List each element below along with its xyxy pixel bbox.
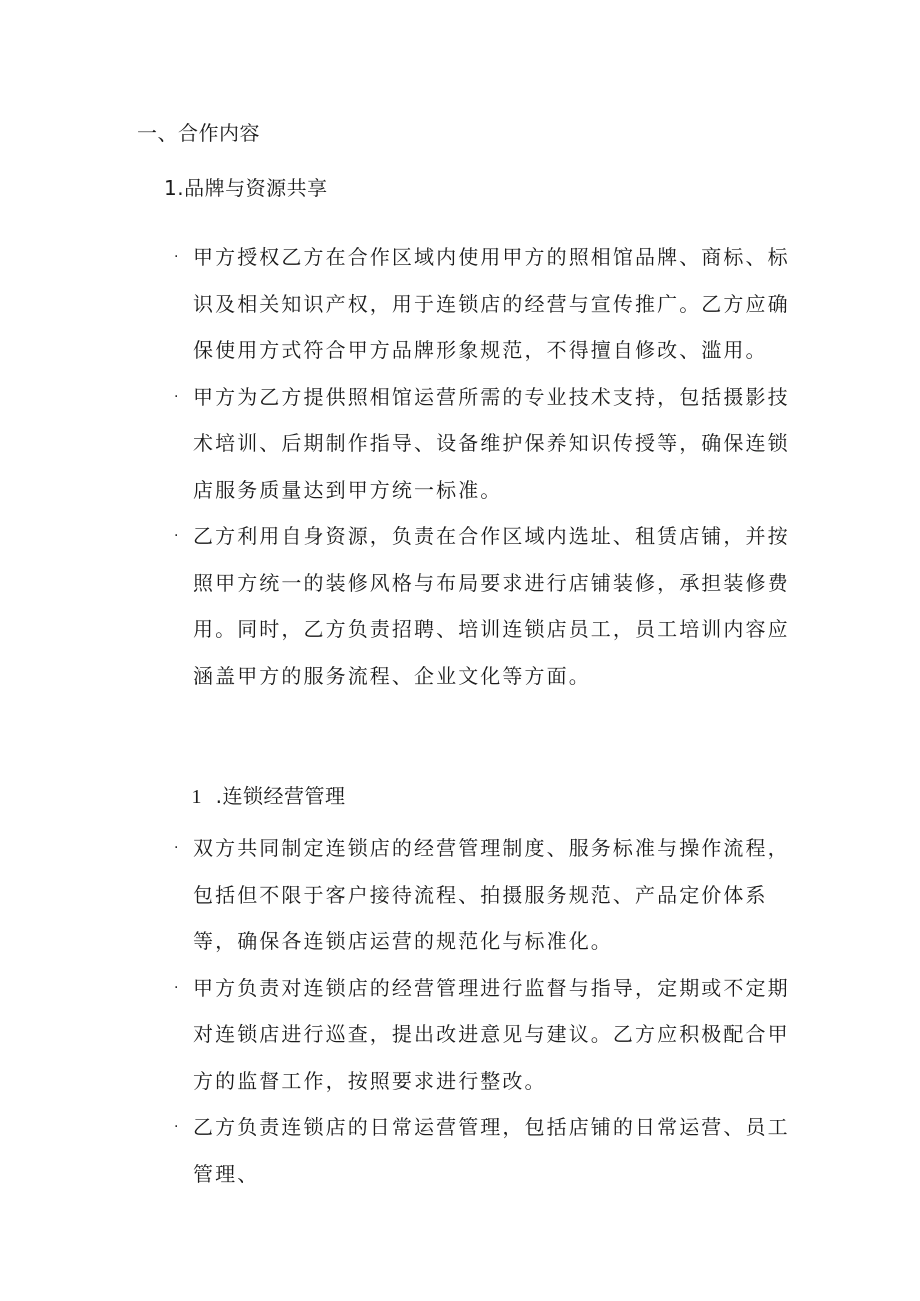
list-item-text: 乙方利用自身资源，负责在合作区域内选址、租赁店铺，并按照甲方统一的装修风格与布局… bbox=[193, 524, 790, 688]
list-item: · 乙方负责连锁店的日常运营管理，包括店铺的日常运营、员工管理、 bbox=[170, 1104, 793, 1197]
section-heading: 一、合作内容 bbox=[137, 120, 260, 146]
bullet-dot-icon: · bbox=[174, 825, 181, 872]
bullet-list-brand-resources: · 甲方授权乙方在合作区域内使用甲方的照相馆品牌、商标、标识及相关知识产权，用于… bbox=[170, 234, 810, 699]
list-item: · 甲方授权乙方在合作区域内使用甲方的照相馆品牌、商标、标识及相关知识产权，用于… bbox=[170, 234, 793, 374]
bullet-list-chain-management: · 双方共同制定连锁店的经营管理制度、服务标准与操作流程，包括但不限于客户接待流… bbox=[170, 825, 810, 1197]
list-item-text: 甲方负责对连锁店的经营管理进行监督与指导，定期或不定期对连锁店进行巡查，提出改进… bbox=[193, 976, 790, 1093]
subsection-number: 1 bbox=[164, 176, 177, 200]
bullet-dot-icon: · bbox=[174, 1104, 181, 1151]
bullet-dot-icon: · bbox=[174, 513, 181, 560]
list-item-text: 甲方为乙方提供照相馆运营所需的专业技术支持，包括摄影技术培训、后期制作指导、设备… bbox=[193, 385, 790, 502]
list-item-text: 甲方授权乙方在合作区域内使用甲方的照相馆品牌、商标、标识及相关知识产权，用于连锁… bbox=[193, 245, 790, 362]
subsection-title-text: 品牌与资源共享 bbox=[184, 176, 328, 200]
bullet-dot-icon: · bbox=[174, 965, 181, 1012]
list-item: · 乙方利用自身资源，负责在合作区域内选址、租赁店铺，并按照甲方统一的装修风格与… bbox=[170, 513, 793, 699]
list-item: · 双方共同制定连锁店的经营管理制度、服务标准与操作流程，包括但不限于客户接待流… bbox=[170, 825, 793, 965]
subsection-number: 1 bbox=[191, 786, 202, 808]
list-item: · 甲方为乙方提供照相馆运营所需的专业技术支持，包括摄影技术培训、后期制作指导、… bbox=[170, 374, 793, 514]
subsection-title-brand-resources: 1.品牌与资源共享 bbox=[164, 175, 328, 201]
bullet-dot-icon: · bbox=[174, 374, 181, 421]
document-page: 一、合作内容 1.品牌与资源共享 · 甲方授权乙方在合作区域内使用甲方的照相馆品… bbox=[0, 0, 920, 1301]
list-item-text: 双方共同制定连锁店的经营管理制度、服务标准与操作流程，包括但不限于客户接待流程、… bbox=[193, 836, 790, 953]
bullet-dot-icon: · bbox=[174, 234, 181, 281]
subsection-separator: . bbox=[202, 784, 223, 808]
list-item: · 甲方负责对连锁店的经营管理进行监督与指导，定期或不定期对连锁店进行巡查，提出… bbox=[170, 965, 793, 1105]
list-item-text: 乙方负责连锁店的日常运营管理，包括店铺的日常运营、员工管理、 bbox=[193, 1115, 790, 1186]
subsection-title-text: 连锁经营管理 bbox=[223, 784, 346, 808]
